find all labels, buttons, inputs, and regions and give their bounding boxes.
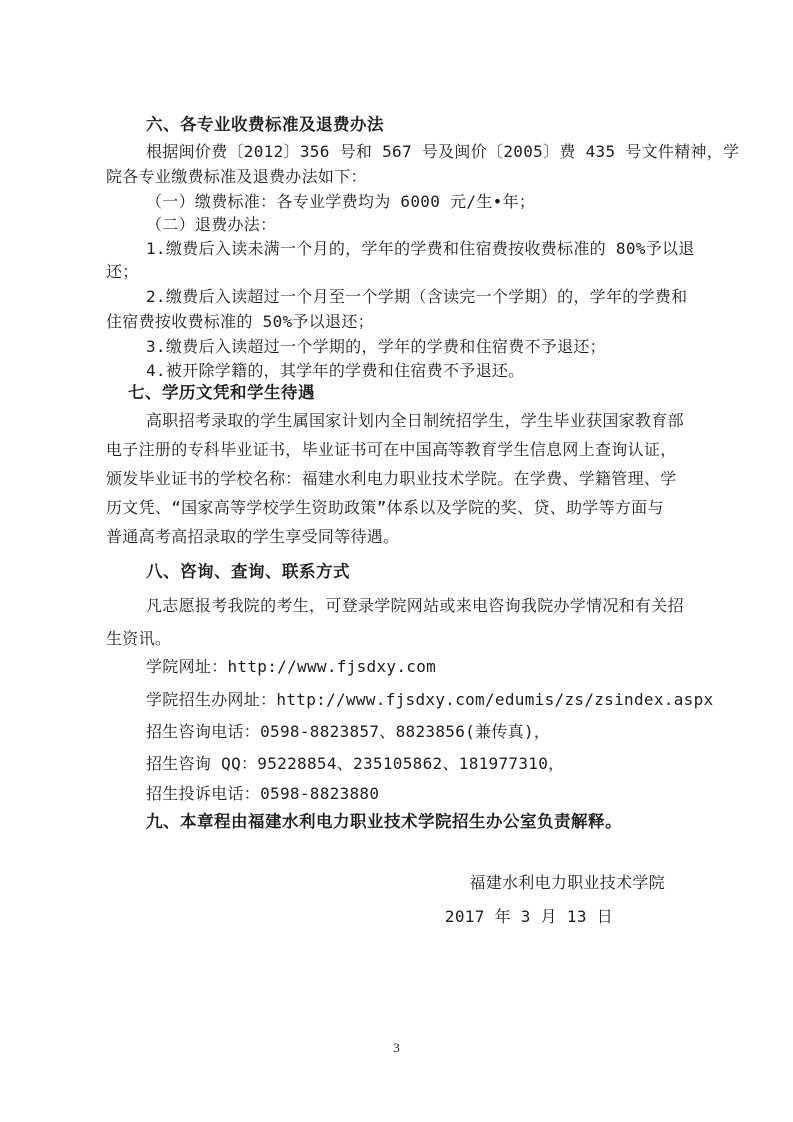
section-seven-line-2: 电子注册的专科毕业证书，毕业证书可在中国高等教育学生信息网上查询认证，: [106, 440, 677, 459]
refund-rule-1-line-2: 还；: [106, 262, 139, 281]
section-seven-line-4: 历文凭、“国家高等学校学生资助政策”体系以及学院的奖、贷、助学等方面与: [106, 498, 664, 517]
college-website-line: 学院网址：http://www.fjsdxy.com: [146, 657, 436, 676]
refund-rule-2-line-2: 住宿费按收费标准的 50%予以退还；: [106, 312, 374, 331]
consult-qq-line: 招生咨询 QQ：95228854、235105862、181977310，: [146, 754, 564, 773]
section-eight-line-1: 凡志愿报考我院的考生，可登录学院网站或来电咨询我院办学情况和有关招: [146, 596, 684, 615]
consult-phone-line: 招生咨询电话：0598-8823857、8823856(兼传真)，: [146, 722, 550, 741]
section-seven-line-3: 颁发毕业证书的学校名称：福建水利电力职业技术学院。在学费、学籍管理、学: [106, 469, 677, 488]
section-six-heading: 六、各专业收费标准及退费办法: [146, 116, 384, 136]
admissions-website-line: 学院招生办网址：http://www.fjsdxy.com/edumis/zs/…: [146, 690, 713, 709]
signature-organization: 福建水利电力职业技术学院: [469, 873, 665, 892]
refund-rule-3: 3.缴费后入读超过一个学期的，学年的学费和住宿费不予退还；: [146, 337, 606, 356]
complaint-phone-line: 招生投诉电话：0598-8823880: [146, 784, 379, 803]
page-number: 3: [0, 1040, 793, 1056]
refund-rule-2-line-1: 2.缴费后入读超过一个月至一个学期（含读完一个学期）的，学年的学费和: [146, 287, 687, 306]
refund-method-title: （二）退费办法：: [146, 215, 276, 234]
refund-rule-1-line-1: 1.缴费后入读未满一个月的，学年的学费和住宿费按收费标准的 80%予以退: [146, 239, 695, 258]
section-six-intro-line-1: 根据闽价费〔2012〕356 号和 567 号及闽价〔2005〕费 435 号文…: [146, 142, 739, 161]
section-nine-heading: 九、本章程由福建水利电力职业技术学院招生办公室负责解释。: [146, 813, 622, 833]
section-six-intro-line-2: 院各专业缴费标准及退费办法如下：: [106, 167, 367, 186]
section-seven-line-1: 高职招考录取的学生属国家计划内全日制统招学生，学生毕业获国家教育部: [146, 411, 684, 430]
signature-date: 2017 年 3 月 13 日: [445, 907, 613, 926]
document-page: 六、各专业收费标准及退费办法 根据闽价费〔2012〕356 号和 567 号及闽…: [0, 0, 793, 1122]
section-eight-line-2: 生资讯。: [106, 629, 171, 648]
payment-standard-line: （一）缴费标准：各专业学费均为 6000 元/生•年；: [146, 192, 535, 211]
section-seven-line-5: 普通高考高招录取的学生享受同等待遇。: [106, 527, 399, 546]
section-seven-heading: 七、学历文凭和学生待遇: [128, 384, 315, 404]
refund-rule-4: 4.被开除学籍的，其学年的学费和住宿费不予退还。: [146, 361, 524, 380]
section-eight-heading: 八、咨询、查询、联系方式: [146, 563, 350, 583]
